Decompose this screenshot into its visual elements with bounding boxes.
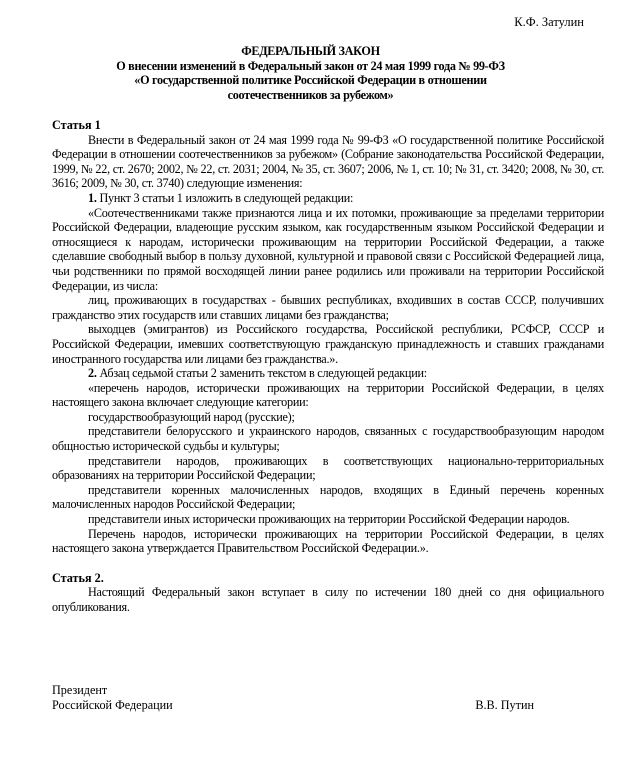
item-1-paragraph: «Соотечественниками также признаются лиц…: [52, 206, 604, 294]
spacer: [52, 556, 604, 571]
law-subtitle-line: «О государственной политике Российской Ф…: [0, 73, 621, 88]
law-subtitle-line: О внесении изменений в Федеральный закон…: [0, 59, 621, 74]
signature-name: В.В. Путин: [475, 698, 534, 713]
item-2-paragraph: представители народов, проживающих в соо…: [52, 454, 604, 483]
document-author: К.Ф. Затулин: [514, 15, 584, 30]
law-subtitle-line: соотечественников за рубежом»: [0, 88, 621, 103]
item-2-text: Абзац седьмой статьи 2 заменить текстом …: [99, 366, 426, 380]
item-1: 1. Пункт 3 статьи 1 изложить в следующей…: [52, 191, 604, 206]
article-1-intro: Внести в Федеральный закон от 24 мая 199…: [52, 133, 604, 191]
item-2-paragraph: представители коренных малочисленных нар…: [52, 483, 604, 512]
article-1-heading: Статья 1: [52, 118, 604, 133]
article-2-heading: Статья 2.: [52, 571, 604, 586]
item-1-text: Пункт 3 статьи 1 изложить в следующей ре…: [99, 191, 353, 205]
item-2-paragraph: государствообразующий народ (русские);: [52, 410, 604, 425]
document-body: Статья 1 Внести в Федеральный закон от 2…: [52, 118, 604, 615]
item-2-paragraph: Перечень народов, исторически проживающи…: [52, 527, 604, 556]
item-2-paragraph: представители иных исторически проживающ…: [52, 512, 604, 527]
item-2-number: 2.: [88, 366, 97, 380]
item-1-paragraph: лиц, проживающих в государствах - бывших…: [52, 293, 604, 322]
signature-block: Президент Российской Федерации В.В. Пути…: [52, 683, 604, 712]
article-2-text: Настоящий Федеральный закон вступает в с…: [52, 585, 604, 614]
item-2-paragraph: «перечень народов, исторически проживающ…: [52, 381, 604, 410]
item-2-paragraph: представители белорусского и украинского…: [52, 424, 604, 453]
item-1-number: 1.: [88, 191, 97, 205]
document-header: ФЕДЕРАЛЬНЫЙ ЗАКОН О внесении изменений в…: [0, 44, 621, 102]
signature-position-line1: Президент: [52, 683, 604, 698]
item-2: 2. Абзац седьмой статьи 2 заменить текст…: [52, 366, 604, 381]
item-1-paragraph: выходцев (эмигрантов) из Российского гос…: [52, 322, 604, 366]
law-title: ФЕДЕРАЛЬНЫЙ ЗАКОН: [0, 44, 621, 59]
